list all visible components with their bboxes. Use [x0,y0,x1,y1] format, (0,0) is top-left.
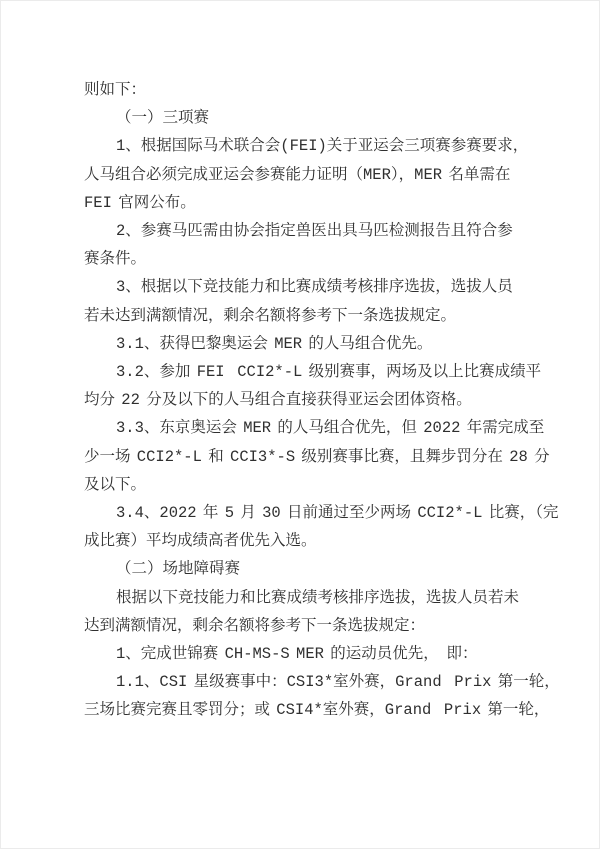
doc-line-item3-4-cont: 成比赛）平均成绩高者优先入选。 [84,527,564,555]
section-heading-eventing: （一）三项赛 [84,104,564,132]
doc-line-item3-2: 3.2、参加 FEI CCI2*-L 级别赛事，两场及以上比赛成绩平 [84,358,564,386]
doc-line-item3: 3、根据以下竞技能力和比赛成绩考核排序选拔，选拔人员 [84,273,564,301]
doc-line-intro: 则如下： [84,76,564,104]
doc-line-item2-cont: 赛条件。 [84,245,564,273]
doc-line-item2: 2、参赛马匹需由协会指定兽医出具马匹检测报告且符合参 [84,217,564,245]
doc-line-item3-1: 3.1、获得巴黎奥运会 MER 的人马组合优先。 [84,330,564,358]
doc-line-jumping-item1-1: 1.1、CSI 星级赛事中：CSI3*室外赛，Grand Prix 第一轮， [84,668,564,696]
doc-line-item3-3: 3.3、东京奥运会 MER 的人马组合优先，但 2022 年需完成至 [84,414,564,442]
doc-line-jumping-item1: 1、完成世锦赛 CH-MS-S MER 的运动员优先， 即： [84,640,564,668]
text-block: 则如下： （一）三项赛 1、根据国际马术联合会(FEI)关于亚运会三项赛参赛要求… [84,76,564,725]
doc-line-jumping-intro-cont: 达到满额情况，剩余名额将参考下一条选拔规定： [84,612,564,640]
doc-line-jumping-intro: 根据以下竞技能力和比赛成绩考核排序选拔，选拔人员若未 [84,584,564,612]
doc-line-item3-3-cont2: 及以下。 [84,471,564,499]
doc-line-item3-4: 3.4、2022 年 5 月 30 日前通过至少两场 CCI2*-L 比赛，（完 [84,499,564,527]
document-page: 则如下： （一）三项赛 1、根据国际马术联合会(FEI)关于亚运会三项赛参赛要求… [0,0,600,849]
doc-line-item1-cont1: 人马组合必须完成亚运会参赛能力证明（MER），MER 名单需在 [84,161,564,189]
doc-line-jumping-item1-1-cont: 三场比赛完赛且零罚分；或 CSI4*室外赛，Grand Prix 第一轮， [84,696,564,724]
doc-line-item1: 1、根据国际马术联合会(FEI)关于亚运会三项赛参赛要求， [84,132,564,160]
doc-line-item3-2-cont: 均分 22 分及以下的人马组合直接获得亚运会团体资格。 [84,386,564,414]
doc-line-item1-cont2: FEI 官网公布。 [84,189,564,217]
doc-line-item3-cont: 若未达到满额情况，剩余名额将参考下一条选拔规定。 [84,302,564,330]
section-heading-jumping: （二）场地障碍赛 [84,555,564,583]
doc-line-item3-3-cont1: 少一场 CCI2*-L 和 CCI3*-S 级别赛事比赛，且舞步罚分在 28 分 [84,443,564,471]
